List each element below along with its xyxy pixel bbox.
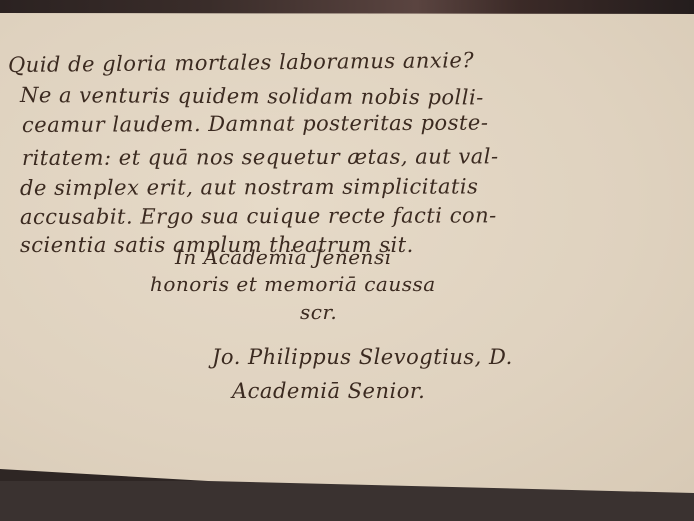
body-line-1: Quid de gloria mortales laboramus anxie? <box>8 48 474 77</box>
signature-name: Jo. Philippus Slevogtius, D. <box>212 345 513 369</box>
dedication-line-1: In Academia Jenensi <box>175 245 392 269</box>
body-line-3: ceamur laudem. Damnat posteritas poste- <box>22 111 489 137</box>
manuscript-page: Quid de gloria mortales laboramus anxie?… <box>0 13 694 493</box>
dedication-line-3: scr. <box>300 300 337 324</box>
body-line-2: Ne a venturis quidem solidam nobis polli… <box>20 83 484 109</box>
signature-title: Academiā Senior. <box>232 379 425 403</box>
body-line-6: accusabit. Ergo sua cuique recte facti c… <box>20 203 497 229</box>
body-line-5: de simplex erit, aut nostram simplicitat… <box>20 174 478 200</box>
body-line-4: ritatem: et quā nos sequetur ætas, aut v… <box>22 144 499 170</box>
dedication-line-2: honoris et memoriā caussa <box>150 272 436 296</box>
